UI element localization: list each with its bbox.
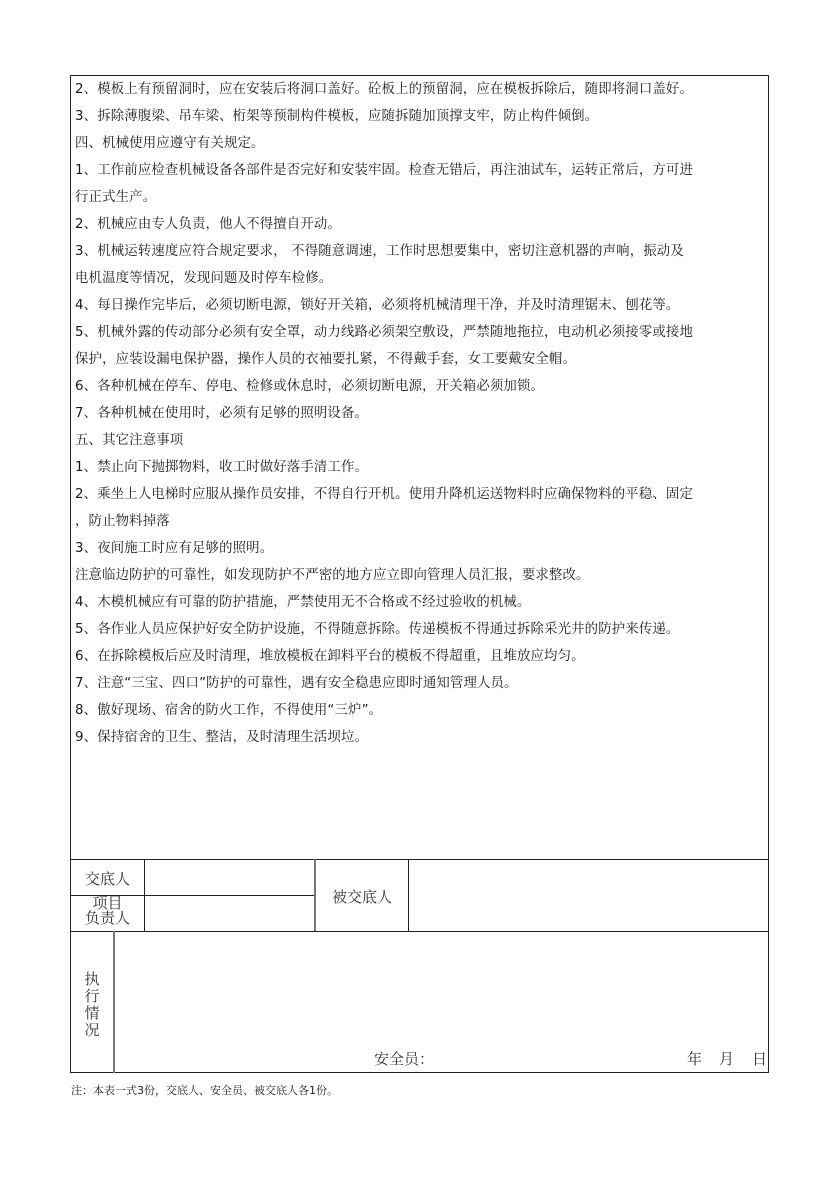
text-line: 1、工作前应检查机械设备各部件是否完好和安装牢固。检查无错后，再注油试车，运转正… <box>75 157 693 184</box>
text-line: 电机温度等情况，发现问题及时停车检修。 <box>75 265 332 292</box>
year-label: 年 <box>687 1048 702 1069</box>
execution-label-char: 况 <box>71 1022 113 1039</box>
text-line: 2、乘坐上人电梯时应服从操作员安排，不得自行开机。使用升降机运送物料时应确保物料… <box>75 481 693 508</box>
execution-field[interactable] <box>116 932 768 1042</box>
text-line: 四、机械使用应遵守有关规定。 <box>75 130 265 157</box>
text-line: 行正式生产。 <box>75 184 156 211</box>
safety-rules-text: 2、模板上有预留洞时，应在安装后将洞口盖好。砼板上的预留洞，应在模板拆除后，随即… <box>71 76 768 860</box>
text-line: 5、各作业人员应保护好安全防护设施，不得随意拆除。传递模板不得通过拆除采光井的防… <box>75 616 679 643</box>
text-line: 5、机械外露的传动部分必须有安全罩，动力线路必须架空敷设，严禁随地拖拉，电动机必… <box>75 319 693 346</box>
text-line: 4、木模机械应有可靠的防护措施，严禁使用无不合格或不经过验收的机械。 <box>75 589 531 616</box>
execution-label-char: 执 <box>71 971 113 988</box>
text-line: 7、各种机械在使用时，必须有足够的照明设备。 <box>75 400 368 427</box>
day-label: 日 <box>752 1048 767 1069</box>
text-line: 1、禁止向下抛掷物料，收工时做好落手清工作。 <box>75 454 368 481</box>
project-lead-field[interactable] <box>145 896 314 931</box>
safety-officer-label: 安全员： <box>374 1048 434 1069</box>
execution-label-char: 情 <box>71 1005 113 1022</box>
footer-note: 注：本表一式3份，交底人、安全员、被交底人各1份。 <box>71 1082 338 1098</box>
text-line: 4、每日操作完毕后，必须切断电源，锁好开关箱，必须将机械清理干净，并及时清理锯末… <box>75 292 679 319</box>
text-line: 3、拆除薄腹梁、吊车梁、桁架等预制构件模板，应随拆随加顶撑支牢，防止构件倾倒。 <box>75 103 598 130</box>
execution-label-char: 行 <box>71 988 113 1005</box>
project-lead-label-line2: 负责人 <box>71 911 144 926</box>
text-line: 8、傲好现场、宿舍的防火工作，不得使用“三炉”。 <box>75 697 382 724</box>
disclosure-form: 2、模板上有预留洞时，应在安装后将洞口盖好。砼板上的预留洞，应在模板拆除后，随即… <box>70 75 769 1073</box>
recipient-field[interactable] <box>409 860 768 931</box>
text-line: 注意临边防护的可靠性，如发现防护不严密的地方应立即向管理人员汇报，要求整改。 <box>75 562 590 589</box>
text-line: 2、模板上有预留洞时，应在安装后将洞口盖好。砼板上的预留洞，应在模板拆除后，随即… <box>75 76 693 103</box>
text-line: 3、夜间施工时应有足够的照明。 <box>75 535 273 562</box>
text-line: 7、注意“三宝、四口”防护的可靠性，遇有安全稳患应即时通知管理人员。 <box>75 670 518 697</box>
month-label: 月 <box>719 1048 734 1069</box>
project-lead-label: 项目 负责人 <box>71 896 144 926</box>
text-line: ，防止物料掉落 <box>75 508 170 535</box>
execution-label: 执 行 情 况 <box>71 971 113 1039</box>
discloser-label: 交底人 <box>71 868 144 889</box>
text-line: 保护，应装设漏电保护器，操作人员的衣袖要扎紧，不得戴手套，女工要戴安全帽。 <box>75 346 576 373</box>
text-line: 2、机械应由专人负责，他人不得擅自开动。 <box>75 211 341 238</box>
text-line: 五、其它注意事项 <box>75 427 183 454</box>
discloser-field[interactable] <box>145 860 314 895</box>
text-line: 9、保持宿舍的卫生、整洁，及时清理生活坝垃。 <box>75 724 368 751</box>
text-line: 3、机械运转速度应符合规定要求， 不得随意调速，工作时思想要集中，密切注意机器的… <box>75 238 684 265</box>
text-line: 6、各种机械在停车、停电、检修或休息时，必须切断电源，开关箱必须加锁。 <box>75 373 544 400</box>
recipient-label: 被交底人 <box>316 886 408 907</box>
text-line: 6、在拆除模板后应及时清理，堆放模板在卸料平台的模板不得超重，且堆放应均匀。 <box>75 643 585 670</box>
divider <box>113 931 115 1073</box>
